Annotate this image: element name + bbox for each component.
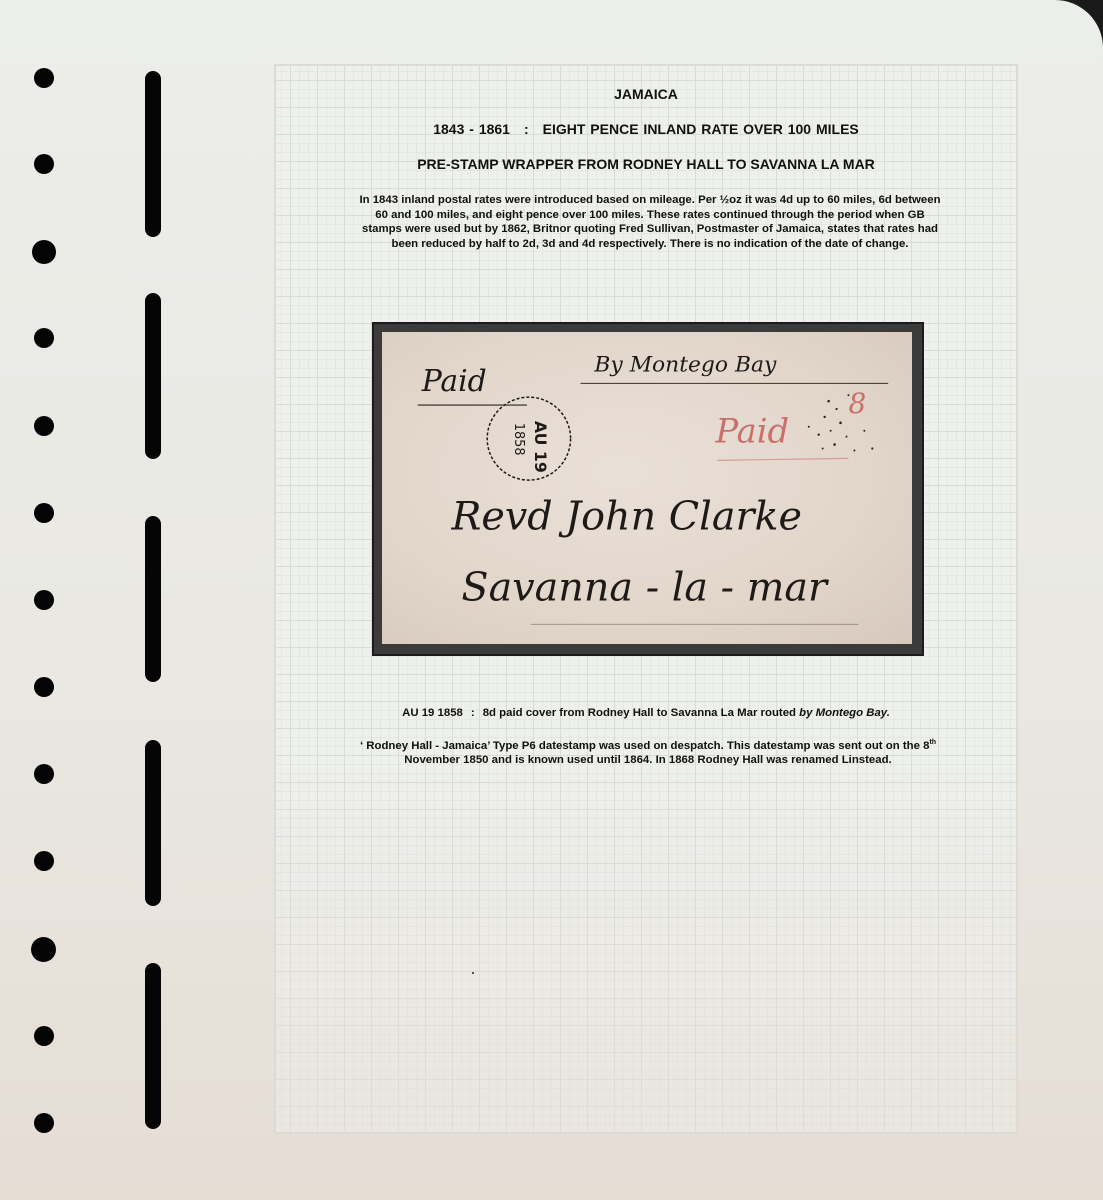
routing-endorsement: By Montego Bay [593,353,777,378]
binder-slot [145,516,161,682]
note-text: November 1850 and is known used until 18… [404,754,891,766]
cover-mount: Paid By Montego Bay AU 19 1858 Paid [372,322,924,656]
paper-speck [472,972,474,974]
rodney-hall-datestamp: AU 19 1858 [487,397,570,480]
period-range: 1843 - 1861 [433,121,510,137]
addressee-town: Savanna - la - mar [461,565,829,611]
page-title: JAMAICA [276,86,1016,102]
intro-line: been reduced by half to 2d, 3d and 4d re… [310,237,990,252]
binder-slot [145,740,161,906]
period-separator: : [524,121,529,137]
note-superscript: th [929,739,936,746]
manuscript-paid: Paid [421,364,487,399]
binder-slot [145,293,161,459]
addressee-name: Revd John Clarke [450,494,802,540]
binder-slot [145,71,161,237]
binder-slot [145,963,161,1129]
binder-hole [31,937,56,962]
binder-hole [34,154,54,174]
note-text: ‘ Rodney Hall - Jamaica’ Type P6 datesta… [360,740,929,752]
intro-line: In 1843 inland postal rates were introdu… [310,193,990,208]
cover-date: AU 19 1858 [402,707,463,719]
intro-line: stamps were used but by 1862, Britnor qu… [310,222,990,237]
datestamp-note: ‘ Rodney Hall - Jamaica’ Type P6 datesta… [336,736,960,767]
red-paid-mark: Paid [714,412,789,451]
binder-hole [34,590,54,610]
cover-caption: AU 19 1858:8d paid cover from Rodney Hal… [296,707,996,719]
cover-markings: Paid By Montego Bay AU 19 1858 Paid [382,332,912,644]
intro-line: 60 and 100 miles, and eight pence over 1… [310,208,990,223]
binder-hole [32,240,56,264]
binder-hole [34,764,54,784]
caption-separator: : [471,707,475,719]
exhibit-sheet: JAMAICA 1843 - 1861:EIGHT PENCE INLAND R… [274,64,1018,1134]
cover-description: 8d paid cover from Rodney Hall to Savann… [483,707,799,719]
red-rate-mark: 8 [848,387,866,420]
postal-cover: Paid By Montego Bay AU 19 1858 Paid [382,332,912,644]
intro-paragraph: In 1843 inland postal rates were introdu… [310,193,990,251]
binder-hole [34,851,54,871]
page-subtitle: 1843 - 1861:EIGHT PENCE INLAND RATE OVER… [276,121,1016,137]
binder-hole [34,1113,54,1133]
binder-hole [34,1026,54,1046]
datestamp-year: 1858 [511,423,526,456]
exhibit-heading: PRE-STAMP WRAPPER FROM RODNEY HALL TO SA… [276,156,1016,172]
binder-hole [34,416,54,436]
binder-hole [34,503,54,523]
binder-hole [34,68,54,88]
album-page: JAMAICA 1843 - 1861:EIGHT PENCE INLAND R… [0,0,1103,1200]
period-subject: EIGHT PENCE INLAND RATE OVER 100 MILES [543,121,859,137]
datestamp-date: AU 19 [531,421,550,473]
binder-hole [34,328,54,348]
cover-route: by Montego Bay. [799,707,890,719]
sheet-shading [276,752,1016,1132]
binder-hole [34,677,54,697]
